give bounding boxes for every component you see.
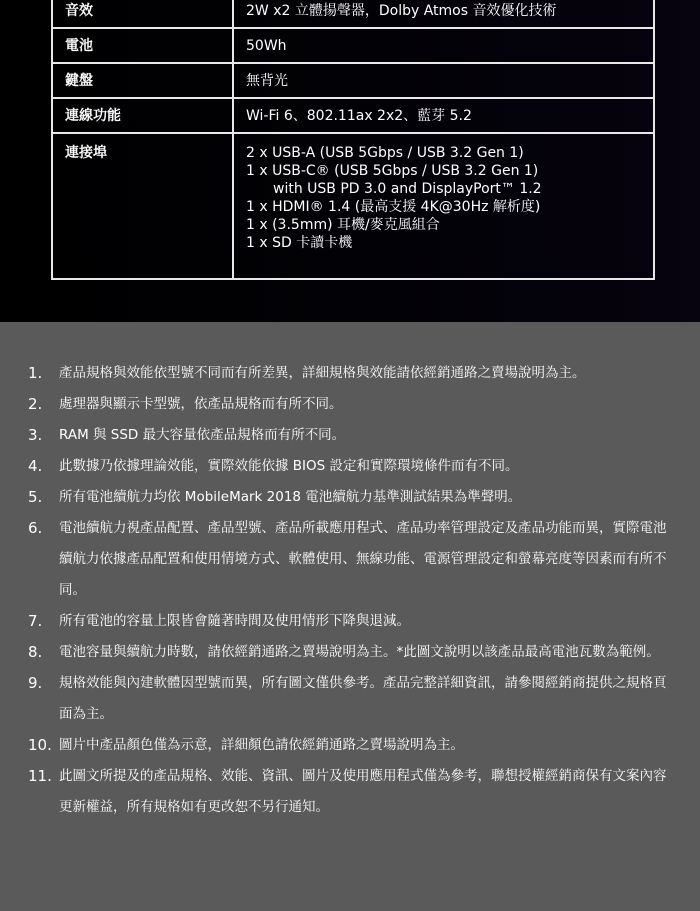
item-text: 電池容量與續航力時數，請依經銷通路之賣場說明為主。*此圖文說明以該產品最高電池瓦… [59, 637, 678, 668]
spec-value: 2W x2 立體揚聲器，Dolby Atmos 音效優化技術 [233, 0, 654, 28]
spec-value: 50Wh [233, 28, 654, 63]
spec-value: Wi-Fi 6、802.11ax 2x2、藍芽 5.2 [233, 98, 654, 133]
item-text: 所有電池續航力均依 MobileMark 2018 電池續航力基準測試結果為準聲… [59, 482, 678, 513]
item-text: 處理器與顯示卡型號，依產品規格而有所不同。 [59, 389, 678, 420]
spec-label: 音效 [52, 0, 233, 28]
disclaimer-item: 5.所有電池續航力均依 MobileMark 2018 電池續航力基準測試結果為… [28, 482, 678, 513]
disclaimer-item: 8.電池容量與續航力時數，請依經銷通路之賣場說明為主。*此圖文說明以該產品最高電… [28, 637, 678, 668]
port-line: 1 x USB-C® (USB 5Gbps / USB 3.2 Gen 1) [246, 162, 641, 180]
spec-label: 電池 [52, 28, 233, 63]
item-text: 圖片中產品顏色僅為示意，詳細顏色請依經銷通路之賣場說明為主。 [59, 730, 678, 761]
item-text: 所有電池的容量上限皆會隨著時間及使用情形下降與退減。 [59, 606, 678, 637]
disclaimer-item: 7.所有電池的容量上限皆會隨著時間及使用情形下降與退減。 [28, 606, 678, 637]
port-line: 1 x SD 卡讀卡機 [246, 234, 641, 252]
disclaimer-item: 11.此圖文所提及的產品規格、效能、資訊、圖片及使用應用程式僅為參考，聯想授權經… [28, 761, 678, 823]
port-line: 2 x USB-A (USB 5Gbps / USB 3.2 Gen 1) [246, 144, 641, 162]
spec-value: 無背光 [233, 63, 654, 98]
item-number: 9. [28, 668, 59, 730]
spec-section: 音效 2W x2 立體揚聲器，Dolby Atmos 音效優化技術 電池 50W… [0, 0, 700, 322]
item-text: 此圖文所提及的產品規格、效能、資訊、圖片及使用應用程式僅為參考，聯想授權經銷商保… [59, 761, 678, 823]
disclaimer-item: 10.圖片中產品顏色僅為示意，詳細顏色請依經銷通路之賣場說明為主。 [28, 730, 678, 761]
spec-value-ports: 2 x USB-A (USB 5Gbps / USB 3.2 Gen 1) 1 … [233, 133, 654, 279]
item-number: 3. [28, 420, 59, 451]
spec-row-audio: 音效 2W x2 立體揚聲器，Dolby Atmos 音效優化技術 [52, 0, 654, 28]
item-text: 產品規格與效能依型號不同而有所差異，詳細規格與效能請依經銷通路之賣場說明為主。 [59, 358, 678, 389]
disclaimer-item: 1.產品規格與效能依型號不同而有所差異，詳細規格與效能請依經銷通路之賣場說明為主… [28, 358, 678, 389]
port-line: with USB PD 3.0 and DisplayPort™ 1.2 [246, 180, 641, 198]
disclaimer-item: 6.電池續航力視產品配置、產品型號、產品所載應用程式、產品功率管理設定及產品功能… [28, 513, 678, 606]
spec-row-connectivity: 連線功能 Wi-Fi 6、802.11ax 2x2、藍芽 5.2 [52, 98, 654, 133]
item-text: 電池續航力視產品配置、產品型號、產品所載應用程式、產品功率管理設定及產品功能而異… [59, 513, 678, 606]
item-number: 10. [28, 730, 59, 761]
disclaimer-item: 3.RAM 與 SSD 最大容量依產品規格而有所不同。 [28, 420, 678, 451]
item-number: 2. [28, 389, 59, 420]
item-number: 5. [28, 482, 59, 513]
spec-table: 音效 2W x2 立體揚聲器，Dolby Atmos 音效優化技術 電池 50W… [51, 0, 655, 280]
spec-row-ports: 連接埠 2 x USB-A (USB 5Gbps / USB 3.2 Gen 1… [52, 133, 654, 279]
disclaimer-item: 9.規格效能與內建軟體因型號而異，所有圖文僅供參考。產品完整詳細資訊，請參閱經銷… [28, 668, 678, 730]
disclaimer-section: 1.產品規格與效能依型號不同而有所差異，詳細規格與效能請依經銷通路之賣場說明為主… [0, 322, 700, 911]
spec-label: 鍵盤 [52, 63, 233, 98]
disclaimer-list: 1.產品規格與效能依型號不同而有所差異，詳細規格與效能請依經銷通路之賣場說明為主… [28, 358, 678, 823]
spec-label: 連線功能 [52, 98, 233, 133]
item-number: 8. [28, 637, 59, 668]
item-number: 1. [28, 358, 59, 389]
spec-label: 連接埠 [52, 133, 233, 279]
item-text: RAM 與 SSD 最大容量依產品規格而有所不同。 [59, 420, 678, 451]
item-text: 規格效能與內建軟體因型號而異，所有圖文僅供參考。產品完整詳細資訊，請參閱經銷商提… [59, 668, 678, 730]
disclaimer-item: 4.此數據乃依據理論效能，實際效能依據 BIOS 設定和實際環境條件而有不同。 [28, 451, 678, 482]
item-number: 6. [28, 513, 59, 606]
spec-row-keyboard: 鍵盤 無背光 [52, 63, 654, 98]
port-line: 1 x (3.5mm) 耳機/麥克風組合 [246, 216, 641, 234]
spec-row-battery: 電池 50Wh [52, 28, 654, 63]
item-text: 此數據乃依據理論效能，實際效能依據 BIOS 設定和實際環境條件而有不同。 [59, 451, 678, 482]
port-line: 1 x HDMI® 1.4 (最高支援 4K@30Hz 解析度) [246, 198, 641, 216]
disclaimer-item: 2.處理器與顯示卡型號，依產品規格而有所不同。 [28, 389, 678, 420]
item-number: 11. [28, 761, 59, 823]
item-number: 4. [28, 451, 59, 482]
item-number: 7. [28, 606, 59, 637]
